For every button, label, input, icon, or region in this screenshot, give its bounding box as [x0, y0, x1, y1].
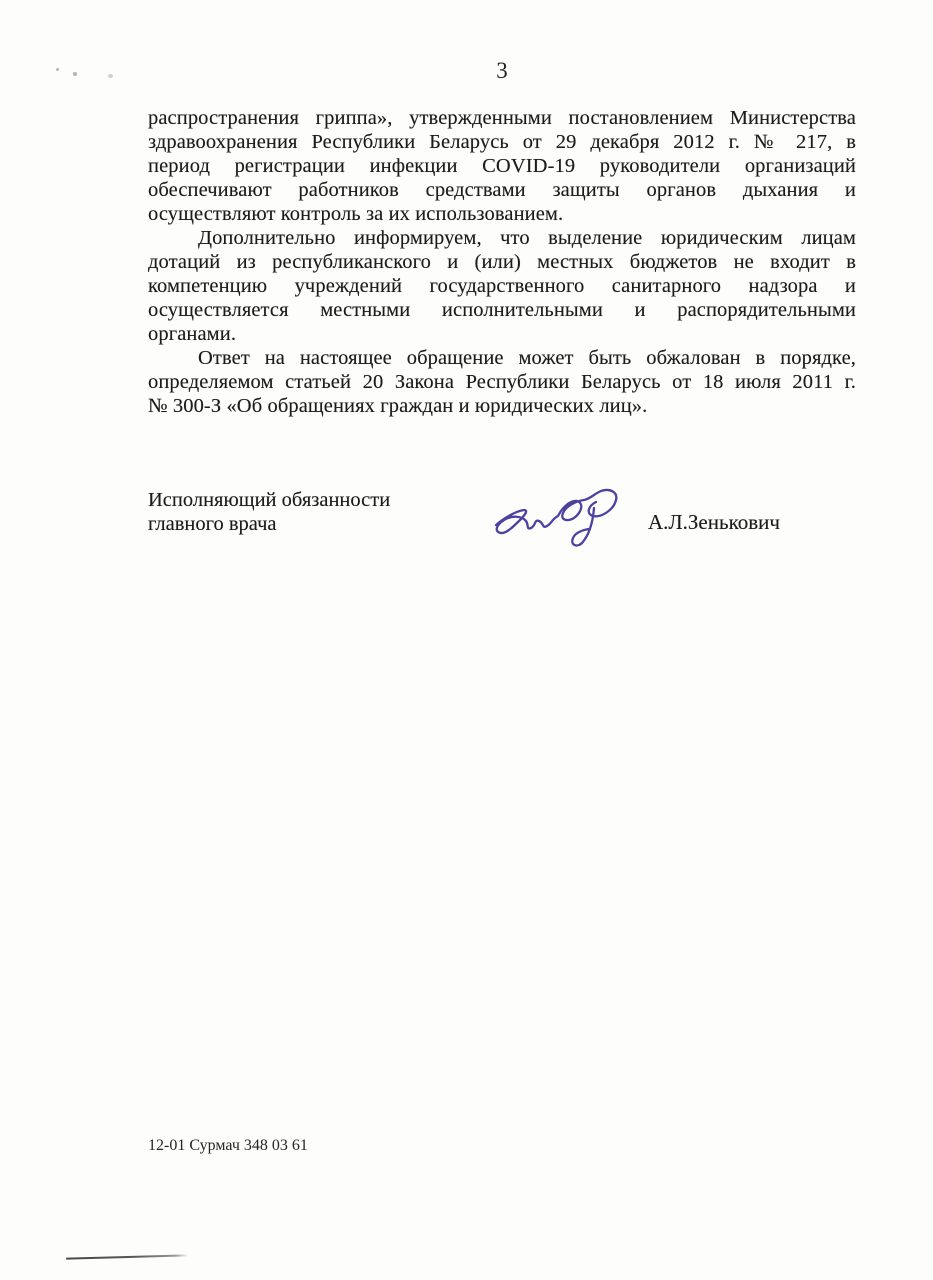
text-line: дотаций из республиканского и (или) мест… — [148, 250, 856, 274]
text-line: обеспечивают работников средствами защит… — [148, 178, 856, 202]
text-line: период регистрации инфекции COVID-19 рук… — [148, 154, 856, 178]
page-number: 3 — [148, 58, 856, 84]
text-line: Дополнительно информируем, что выделение… — [148, 226, 856, 250]
scan-speck — [108, 74, 113, 78]
paragraph: Дополнительно информируем, что выделение… — [148, 226, 856, 346]
scanned-document-page: 3 распространения гриппа», утвержденными… — [0, 0, 933, 1280]
footer-reference: 12-01 Сурмач 348 03 61 — [148, 1137, 308, 1155]
signature-stroke — [496, 490, 616, 533]
text-line: компетенцию учреждений государственного … — [148, 274, 856, 298]
paragraph: распространения гриппа», утвержденными п… — [148, 106, 856, 226]
text-line: здравоохранения Республики Беларусь от 2… — [148, 130, 856, 154]
signature-section: Исполняющий обязанности главного врача А… — [148, 488, 856, 588]
signature-title-line: Исполняющий обязанности — [148, 488, 390, 512]
text-line: Ответ на настоящее обращение может быть … — [148, 346, 856, 370]
scan-speck — [73, 72, 77, 76]
text-line: № 300-З «Об обращениях граждан и юридиче… — [148, 394, 856, 418]
text-line: распространения гриппа», утвержденными п… — [148, 106, 856, 130]
signer-name: А.Л.Зенькович — [648, 510, 780, 535]
paragraph: Ответ на настоящее обращение может быть … — [148, 346, 856, 418]
body-text: распространения гриппа», утвержденными п… — [148, 106, 856, 418]
signature-ink — [490, 478, 640, 563]
signature-title: Исполняющий обязанности главного врача — [148, 488, 390, 536]
scan-speck — [56, 68, 59, 71]
signature-title-line: главного врача — [148, 512, 390, 536]
text-line: определяемом статьей 20 Закона Республик… — [148, 370, 856, 394]
text-line: осуществляется местными исполнительными … — [148, 298, 856, 322]
text-line: органами. — [148, 322, 856, 346]
text-line: осуществляют контроль за их использовани… — [148, 202, 856, 226]
scan-artifact-line — [66, 1254, 188, 1259]
